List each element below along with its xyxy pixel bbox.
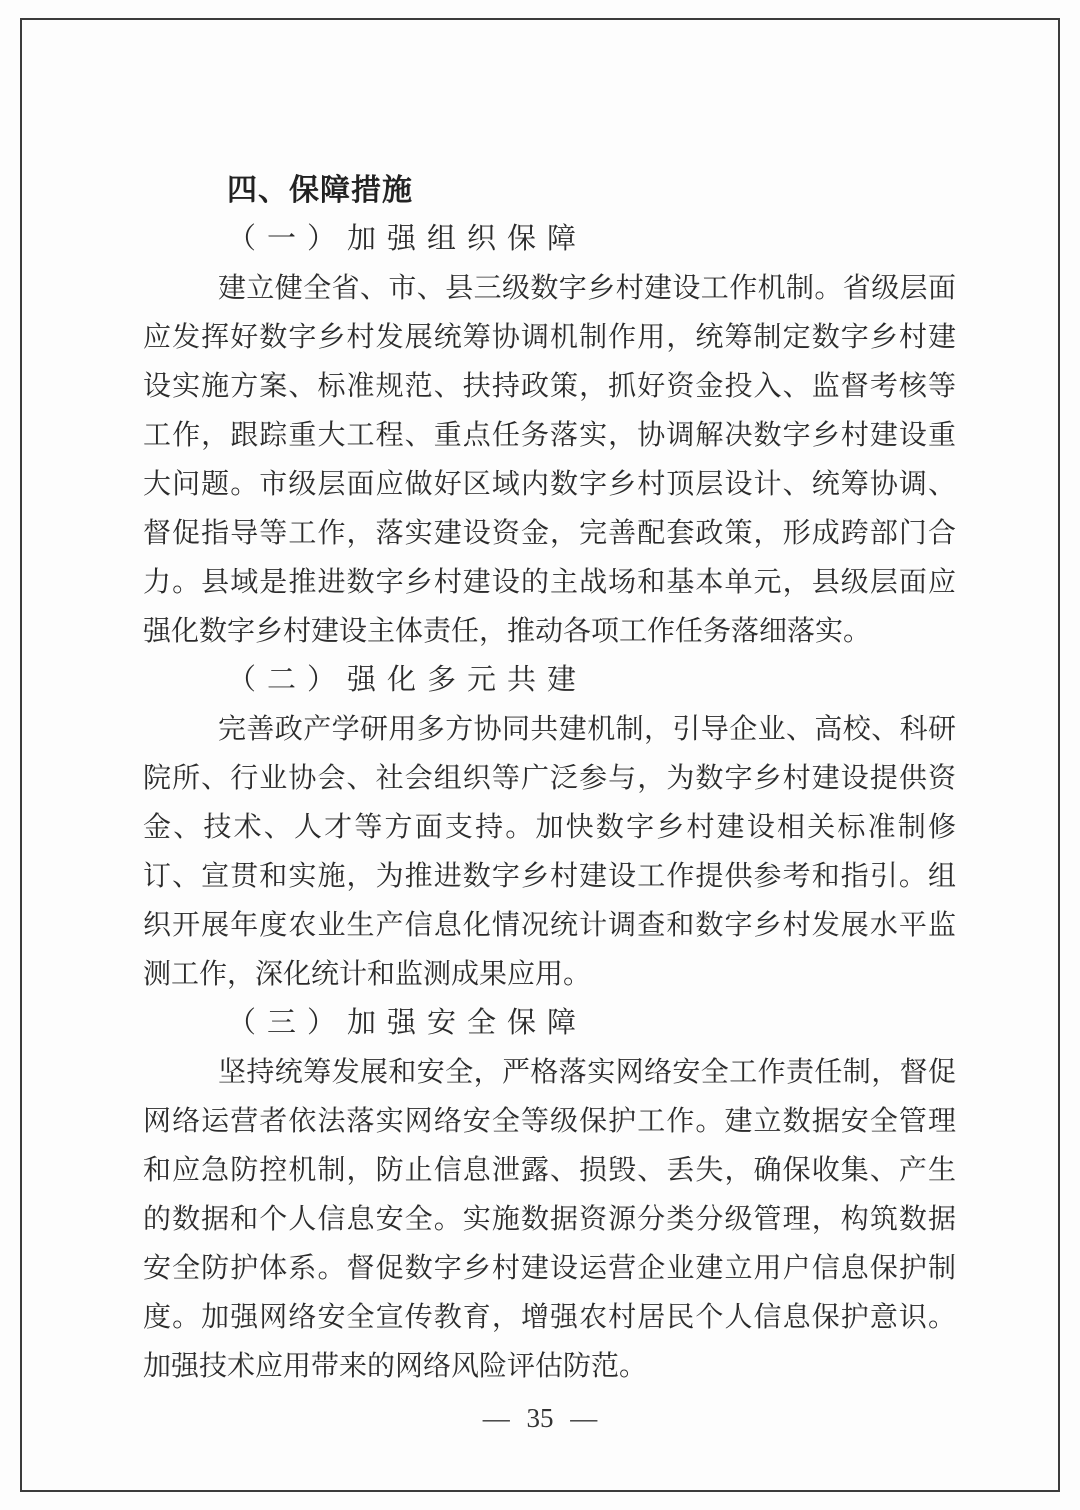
paragraph-line: 督促指导等工作，落实建设资金，完善配套政策，形成跨部门合 bbox=[143, 509, 956, 558]
paragraph-line: 力。县域是推进数字乡村建设的主战场和基本单元，县级层面应 bbox=[143, 558, 956, 607]
document-content: 四、保障措施（一）加强组织保障建立健全省、市、县三级数字乡村建设工作机制。省级层… bbox=[143, 166, 956, 1391]
paragraph-line: 金、技术、人才等方面支持。加快数字乡村建设相关标准制修 bbox=[143, 803, 956, 852]
paragraph-line: 应发挥好数字乡村发展统筹协调机制作用，统筹制定数字乡村建 bbox=[143, 313, 956, 362]
paragraph-line: 建立健全省、市、县三级数字乡村建设工作机制。省级层面 bbox=[143, 264, 956, 313]
paragraph-line: 加强技术应用带来的网络风险评估防范。 bbox=[143, 1342, 956, 1391]
paragraph-line: 工作，跟踪重大工程、重点任务落实，协调解决数字乡村建设重 bbox=[143, 411, 956, 460]
paragraph-line: 和应急防控机制，防止信息泄露、损毁、丢失，确保收集、产生 bbox=[143, 1146, 956, 1195]
paragraph: 完善政产学研用多方协同共建机制，引导企业、高校、科研院所、行业协会、社会组织等广… bbox=[143, 705, 956, 999]
page-border-frame: 四、保障措施（一）加强组织保障建立健全省、市、县三级数字乡村建设工作机制。省级层… bbox=[20, 18, 1060, 1492]
section-heading: 四、保障措施 bbox=[143, 166, 956, 215]
subsection-heading: （三）加强安全保障 bbox=[143, 999, 956, 1048]
paragraph-line: 网络运营者依法落实网络安全等级保护工作。建立数据安全管理 bbox=[143, 1097, 956, 1146]
subsection-heading: （一）加强组织保障 bbox=[143, 215, 956, 264]
paragraph-line: 坚持统筹发展和安全，严格落实网络安全工作责任制，督促 bbox=[143, 1048, 956, 1097]
paragraph-line: 安全防护体系。督促数字乡村建设运营企业建立用户信息保护制 bbox=[143, 1244, 956, 1293]
paragraph-line: 强化数字乡村建设主体责任，推动各项工作任务落细落实。 bbox=[143, 607, 956, 656]
document-page: 四、保障措施（一）加强组织保障建立健全省、市、县三级数字乡村建设工作机制。省级层… bbox=[0, 0, 1080, 1510]
paragraph: 建立健全省、市、县三级数字乡村建设工作机制。省级层面应发挥好数字乡村发展统筹协调… bbox=[143, 264, 956, 656]
subsection-heading: （二）强化多元共建 bbox=[143, 656, 956, 705]
page-number: — 35 — bbox=[22, 1403, 1058, 1434]
paragraph-line: 的数据和个人信息安全。实施数据资源分类分级管理，构筑数据 bbox=[143, 1195, 956, 1244]
paragraph-line: 度。加强网络安全宣传教育，增强农村居民个人信息保护意识。 bbox=[143, 1293, 956, 1342]
paragraph-line: 大问题。市级层面应做好区域内数字乡村顶层设计、统筹协调、 bbox=[143, 460, 956, 509]
paragraph-line: 织开展年度农业生产信息化情况统计调查和数字乡村发展水平监 bbox=[143, 901, 956, 950]
paragraph-line: 设实施方案、标准规范、扶持政策，抓好资金投入、监督考核等 bbox=[143, 362, 956, 411]
paragraph-line: 院所、行业协会、社会组织等广泛参与，为数字乡村建设提供资 bbox=[143, 754, 956, 803]
paragraph: 坚持统筹发展和安全，严格落实网络安全工作责任制，督促网络运营者依法落实网络安全等… bbox=[143, 1048, 956, 1391]
paragraph-line: 完善政产学研用多方协同共建机制，引导企业、高校、科研 bbox=[143, 705, 956, 754]
paragraph-line: 订、宣贯和实施，为推进数字乡村建设工作提供参考和指引。组 bbox=[143, 852, 956, 901]
paragraph-line: 测工作，深化统计和监测成果应用。 bbox=[143, 950, 956, 999]
